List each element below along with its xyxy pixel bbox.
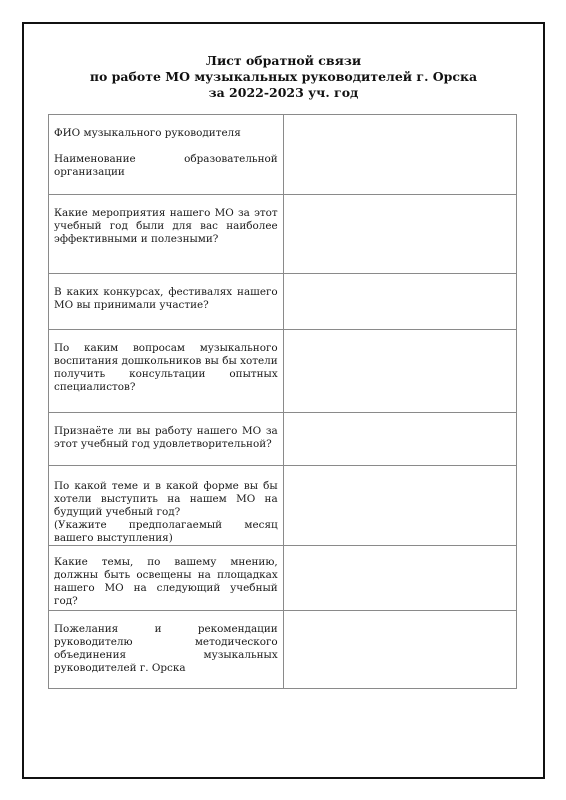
question-text: Какие мероприятия нашего МО за этот учеб… — [54, 207, 278, 246]
table-row: Какие мероприятия нашего МО за этот учеб… — [49, 195, 517, 274]
title-line-1: Лист обратной связи — [22, 53, 545, 69]
question-text: В каких конкурсах, фестивалях нашего МО … — [54, 286, 278, 312]
table-row: По какой теме и в какой форме вы бы хоте… — [49, 466, 517, 546]
question-cell: ФИО музыкального руководителя Наименован… — [49, 115, 284, 195]
question-text: По каким вопросам музыкального воспитани… — [54, 342, 278, 394]
table-row: Какие темы, по вашему мнению, должны быт… — [49, 546, 517, 611]
answer-cell-name-organization[interactable] — [283, 115, 516, 195]
title-line-3: за 2022-2023 уч. год — [22, 85, 545, 101]
document-title: Лист обратной связи по работе МО музыкал… — [22, 53, 545, 101]
feedback-table: ФИО музыкального руководителя Наименован… — [48, 114, 517, 689]
question-cell: Какие мероприятия нашего МО за этот учеб… — [49, 195, 284, 274]
table-row: По каким вопросам музыкального воспитани… — [49, 330, 517, 413]
table-row: Признаёте ли вы работу нашего МО за этот… — [49, 413, 517, 466]
question-cell: Какие темы, по вашему мнению, должны быт… — [49, 546, 284, 611]
question-cell: В каких конкурсах, фестивалях нашего МО … — [49, 274, 284, 330]
answer-cell-presentation[interactable] — [283, 466, 516, 546]
answer-cell-topics[interactable] — [283, 546, 516, 611]
question-cell: Признаёте ли вы работу нашего МО за этот… — [49, 413, 284, 466]
question-text: Признаёте ли вы работу нашего МО за этот… — [54, 425, 278, 451]
question-text: ФИО музыкального руководителя — [54, 127, 278, 140]
question-text: По какой теме и в какой форме вы бы хоте… — [54, 480, 278, 519]
question-cell: Пожелания и рекомендации руководителю ме… — [49, 611, 284, 689]
answer-cell-consultations[interactable] — [283, 330, 516, 413]
title-line-2: по работе МО музыкальных руководителей г… — [22, 69, 545, 85]
question-text: Какие темы, по вашему мнению, должны быт… — [54, 556, 278, 608]
table-row: ФИО музыкального руководителя Наименован… — [49, 115, 517, 195]
table-row: В каких конкурсах, фестивалях нашего МО … — [49, 274, 517, 330]
answer-cell-contests[interactable] — [283, 274, 516, 330]
question-note: (Укажите предполагаемый месяц вашего выс… — [54, 519, 278, 545]
question-cell: По какой теме и в какой форме вы бы хоте… — [49, 466, 284, 546]
question-cell: По каким вопросам музыкального воспитани… — [49, 330, 284, 413]
question-text: Наименование образовательной организации — [54, 153, 278, 179]
answer-cell-effective-events[interactable] — [283, 195, 516, 274]
question-text: Пожелания и рекомендации руководителю ме… — [54, 623, 278, 675]
answer-cell-recommendations[interactable] — [283, 611, 516, 689]
answer-cell-satisfaction[interactable] — [283, 413, 516, 466]
table-row: Пожелания и рекомендации руководителю ме… — [49, 611, 517, 689]
